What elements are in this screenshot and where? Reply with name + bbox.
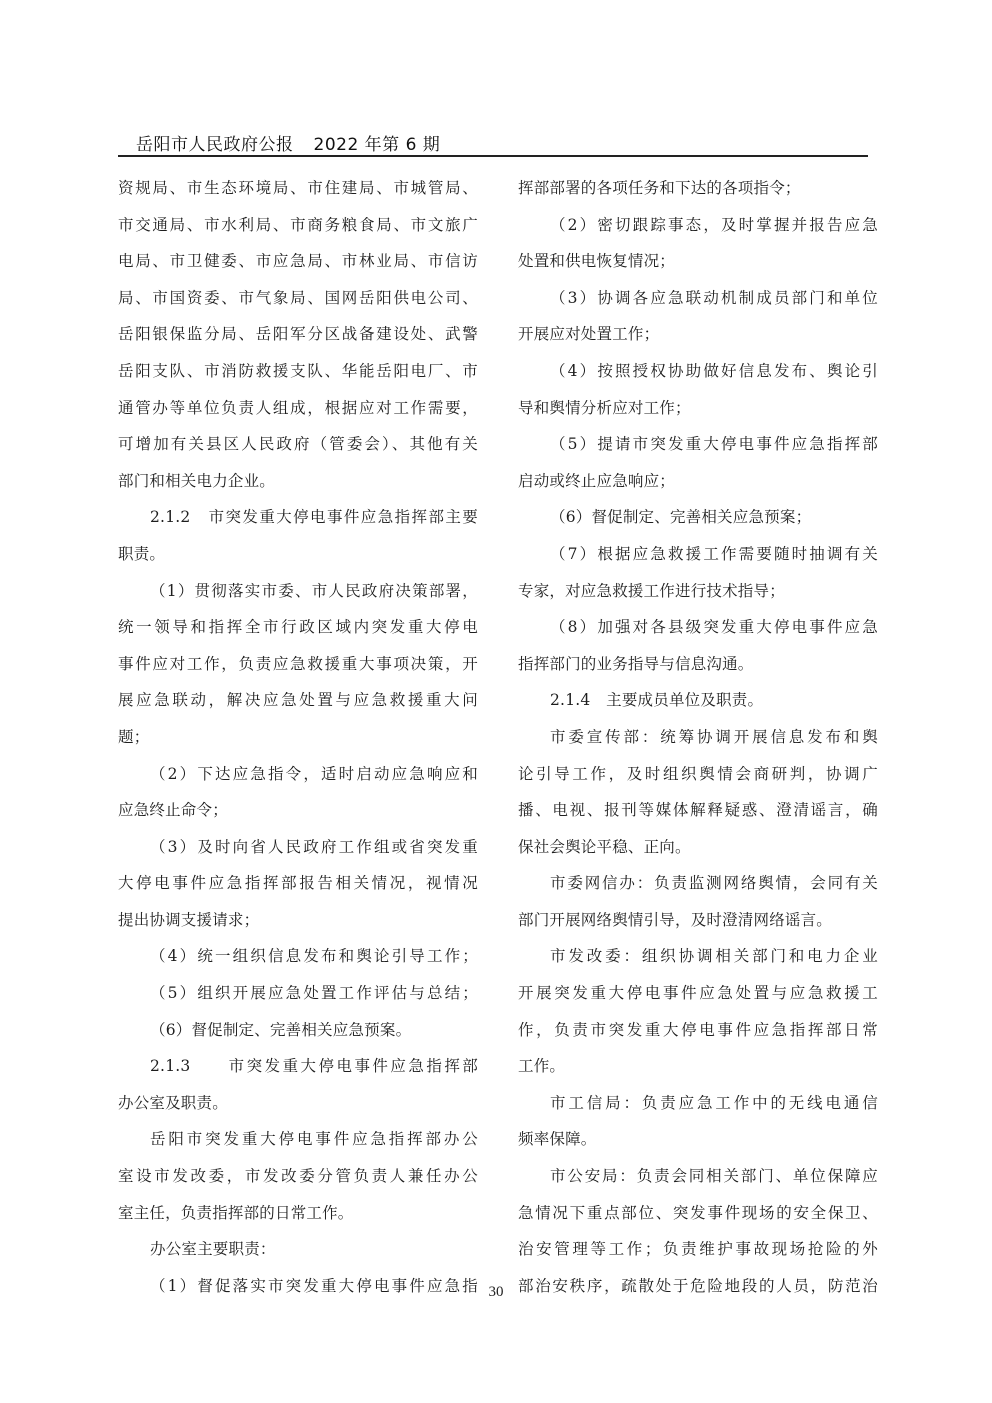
text-line: 作，负责市突发重大停电事件应急指挥部日常	[518, 1012, 878, 1049]
text-line: 2.1.3 市突发重大停电事件应急指挥部	[118, 1048, 478, 1085]
text-line: 市发改委：组织协调相关部门和电力企业	[518, 938, 878, 975]
text-line: （6）督促制定、完善相关应急预案；	[518, 499, 878, 536]
text-line: 统一领导和指挥全市行政区域内突发重大停电	[118, 609, 478, 646]
text-line: （5）组织开展应急处置工作评估与总结；	[118, 975, 478, 1012]
text-line: 局、市国资委、市气象局、国网岳阳供电公司、	[118, 280, 478, 317]
text-line: 开展应对处置工作；	[518, 316, 878, 353]
text-line: （7）根据应急救援工作需要随时抽调有关	[518, 536, 878, 573]
text-line: 论引导工作，及时组织舆情会商研判，协调广	[518, 756, 878, 793]
text-line: 市公安局：负责会同相关部门、单位保障应	[518, 1158, 878, 1195]
text-line: 岳阳银保监分局、岳阳军分区战备建设处、武警	[118, 316, 478, 353]
text-line: 导和舆情分析应对工作；	[518, 390, 878, 427]
publication-title: 岳阳市人民政府公报	[136, 135, 294, 155]
text-line: 指挥部门的业务指导与信息沟通。	[518, 646, 878, 683]
running-header: 岳阳市人民政府公报2022 年第 6 期	[136, 130, 440, 155]
text-line: （8）加强对各县级突发重大停电事件应急	[518, 609, 878, 646]
text-line: （4）按照授权协助做好信息发布、舆论引	[518, 353, 878, 390]
text-line: 市委宣传部：统筹协调开展信息发布和舆	[518, 719, 878, 756]
text-line: 提出协调支援请求；	[118, 902, 478, 939]
text-line: 事件应对工作，负责应急救援重大事项决策，开	[118, 646, 478, 683]
header-rule	[118, 155, 868, 157]
text-line: （2）密切跟踪事态，及时掌握并报告应急	[518, 207, 878, 244]
left-column: 资规局、市生态环境局、市住建局、市城管局、市交通局、市水利局、市商务粮食局、市文…	[118, 170, 478, 1304]
text-line: 急情况下重点部位、突发事件现场的安全保卫、	[518, 1195, 878, 1232]
text-line: 室设市发改委，市发改委分管负责人兼任办公	[118, 1158, 478, 1195]
issue-number: 2022 年第 6 期	[314, 135, 441, 155]
text-line: 启动或终止应急响应；	[518, 463, 878, 500]
text-line: 开展突发重大停电事件应急处置与应急救援工	[518, 975, 878, 1012]
text-line: 通管办等单位负责人组成，根据应对工作需要，	[118, 390, 478, 427]
text-line: 岳阳支队、市消防救援支队、华能岳阳电厂、市	[118, 353, 478, 390]
page-number: 30	[0, 1284, 992, 1301]
text-line: （6）督促制定、完善相关应急预案。	[118, 1012, 478, 1049]
text-line: 部门和相关电力企业。	[118, 463, 478, 500]
text-line: （3）及时向省人民政府工作组或省突发重	[118, 829, 478, 866]
text-line: 资规局、市生态环境局、市住建局、市城管局、	[118, 170, 478, 207]
text-line: 市工信局：负责应急工作中的无线电通信	[518, 1085, 878, 1122]
text-line: 2.1.2 市突发重大停电事件应急指挥部主要	[118, 499, 478, 536]
text-line: 部门开展网络舆情引导，及时澄清网络谣言。	[518, 902, 878, 939]
text-line: 办公室及职责。	[118, 1085, 478, 1122]
text-line: 室主任，负责指挥部的日常工作。	[118, 1195, 478, 1232]
text-line: 职责。	[118, 536, 478, 573]
text-line: 保社会舆论平稳、正向。	[518, 829, 878, 866]
text-line: 可增加有关县区人民政府（管委会）、其他有关	[118, 426, 478, 463]
text-line: 2.1.4 主要成员单位及职责。	[518, 682, 878, 719]
text-line: 工作。	[518, 1048, 878, 1085]
text-line: 应急终止命令；	[118, 792, 478, 829]
text-line: 岳阳市突发重大停电事件应急指挥部办公	[118, 1121, 478, 1158]
text-line: 电局、市卫健委、市应急局、市林业局、市信访	[118, 243, 478, 280]
text-line: 治安管理等工作；负责维护事故现场抢险的外	[518, 1231, 878, 1268]
text-line: 播、电视、报刊等媒体解释疑惑、澄清谣言，确	[518, 792, 878, 829]
text-line: 市委网信办：负责监测网络舆情，会同有关	[518, 865, 878, 902]
right-column: 挥部部署的各项任务和下达的各项指令；（2）密切跟踪事态，及时掌握并报告应急处置和…	[518, 170, 878, 1304]
text-line: 专家，对应急救援工作进行技术指导；	[518, 573, 878, 610]
text-line: 办公室主要职责：	[118, 1231, 478, 1268]
text-line: 频率保障。	[518, 1121, 878, 1158]
text-line: （2）下达应急指令，适时启动应急响应和	[118, 756, 478, 793]
text-line: 处置和供电恢复情况；	[518, 243, 878, 280]
text-line: 展应急联动，解决应急处置与应急救援重大问	[118, 682, 478, 719]
text-line: （3）协调各应急联动机制成员部门和单位	[518, 280, 878, 317]
text-line: 大停电事件应急指挥部报告相关情况，视情况	[118, 865, 478, 902]
text-line: （1）贯彻落实市委、市人民政府决策部署，	[118, 573, 478, 610]
text-line: 题；	[118, 719, 478, 756]
text-line: 市交通局、市水利局、市商务粮食局、市文旅广	[118, 207, 478, 244]
text-line: 挥部部署的各项任务和下达的各项指令；	[518, 170, 878, 207]
text-line: （4）统一组织信息发布和舆论引导工作；	[118, 938, 478, 975]
text-line: （5）提请市突发重大停电事件应急指挥部	[518, 426, 878, 463]
